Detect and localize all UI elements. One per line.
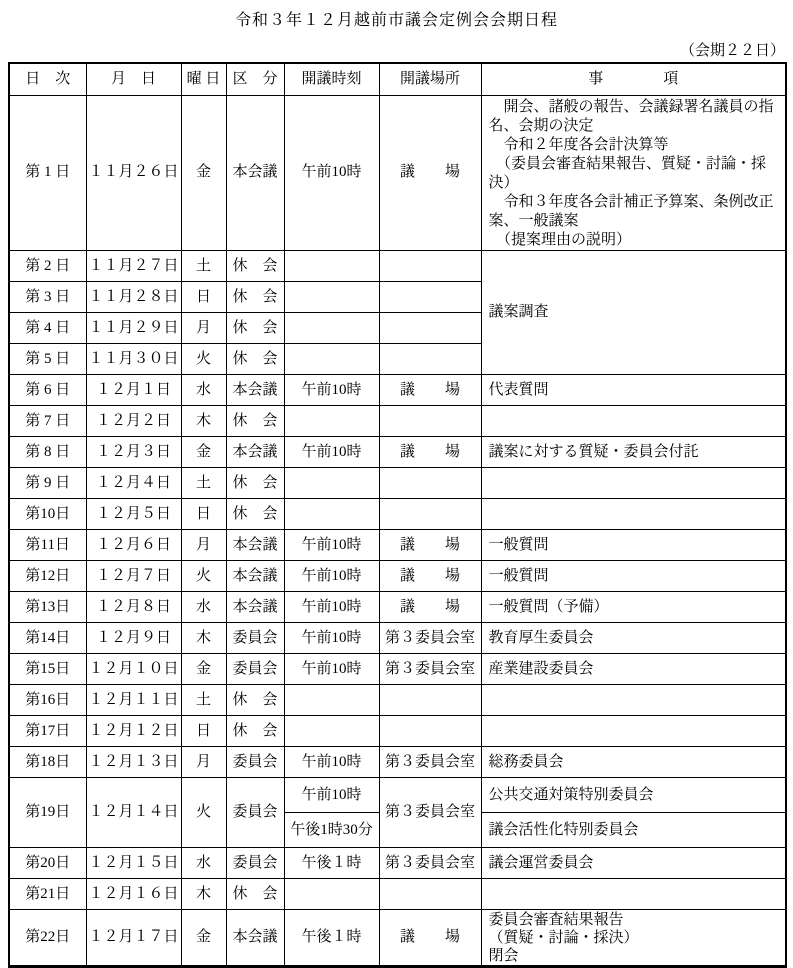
schedule-table: 日 次 月 日 曜 日 区 分 開議時刻 開議場所 事 項 第 1 日 １１月２… [8, 62, 787, 968]
col-header-matter: 事 項 [481, 63, 786, 95]
header-row: 日 次 月 日 曜 日 区 分 開議時刻 開議場所 事 項 [9, 63, 786, 95]
cell-category: 本会議 [226, 592, 284, 623]
cell-time: 午後１時 [284, 910, 379, 967]
cell-matter: 代表質問 [481, 375, 786, 406]
cell-weekday: 木 [181, 623, 226, 654]
cell-place: 第３委員会室 [379, 747, 481, 778]
cell-place [379, 499, 481, 530]
cell-day: 第 3 日 [9, 282, 86, 313]
cell-time: 午前10時 [284, 530, 379, 561]
cell-time [284, 344, 379, 375]
cell-matter: 総務委員会 [481, 747, 786, 778]
table-row: 第13日 １２月８日 水 本会議 午前10時 議 場 一般質問（予備） [9, 592, 786, 623]
cell-matter: 一般質問 [481, 561, 786, 592]
table-row: 第10日 １２月５日 日 休 会 [9, 499, 786, 530]
cell-day: 第 1 日 [9, 95, 86, 251]
cell-place [379, 716, 481, 747]
cell-category: 本会議 [226, 437, 284, 468]
cell-matter-2: 議会活性化特別委員会 [481, 813, 786, 848]
cell-place: 議 場 [379, 375, 481, 406]
cell-weekday: 月 [181, 530, 226, 561]
cell-weekday: 火 [181, 778, 226, 848]
cell-day: 第21日 [9, 879, 86, 910]
cell-day: 第 9 日 [9, 468, 86, 499]
cell-category: 本会議 [226, 375, 284, 406]
cell-time: 午前10時 [284, 437, 379, 468]
table-row: 第 1 日 １１月２６日 金 本会議 午前10時 議 場 開会、諸般の報告、会議… [9, 95, 786, 251]
cell-weekday: 金 [181, 910, 226, 967]
table-row: 第16日 １２月１１日 土 休 会 [9, 685, 786, 716]
cell-date: １２月９日 [86, 623, 181, 654]
cell-category: 休 会 [226, 313, 284, 344]
cell-matter: 開会、諸般の報告、会議録署名議員の指 名、会期の決定 令和２年度各会計決算等 （… [481, 95, 786, 251]
cell-category: 委員会 [226, 778, 284, 848]
cell-day: 第 4 日 [9, 313, 86, 344]
cell-weekday: 木 [181, 879, 226, 910]
cell-place: 議 場 [379, 95, 481, 251]
table-row: 第 2 日 １１月２７日 土 休 会 議案調査 [9, 251, 786, 282]
cell-matter: 教育厚生委員会 [481, 623, 786, 654]
col-header-day: 日 次 [9, 63, 86, 95]
cell-day: 第19日 [9, 778, 86, 848]
cell-matter [481, 406, 786, 437]
table-row: 第 6 日 １２月１日 水 本会議 午前10時 議 場 代表質問 [9, 375, 786, 406]
cell-category: 本会議 [226, 910, 284, 967]
cell-time: 午前10時 [284, 95, 379, 251]
col-header-weekday: 曜 日 [181, 63, 226, 95]
cell-weekday: 土 [181, 685, 226, 716]
cell-time [284, 468, 379, 499]
cell-place [379, 406, 481, 437]
cell-day: 第13日 [9, 592, 86, 623]
cell-day: 第 8 日 [9, 437, 86, 468]
cell-day: 第 5 日 [9, 344, 86, 375]
cell-matter: 公共交通対策特別委員会 [481, 778, 786, 813]
cell-weekday: 日 [181, 499, 226, 530]
cell-date: １２月６日 [86, 530, 181, 561]
cell-time: 午前10時 [284, 623, 379, 654]
cell-category: 委員会 [226, 747, 284, 778]
cell-date: １１月２６日 [86, 95, 181, 251]
cell-weekday: 土 [181, 251, 226, 282]
cell-date: １２月１５日 [86, 848, 181, 879]
cell-time [284, 499, 379, 530]
col-header-date: 月 日 [86, 63, 181, 95]
cell-place [379, 313, 481, 344]
cell-day: 第18日 [9, 747, 86, 778]
table-row: 第22日 １２月１７日 金 本会議 午後１時 議 場 委員会審査結果報告 （質疑… [9, 910, 786, 967]
cell-date: １２月１日 [86, 375, 181, 406]
cell-weekday: 水 [181, 848, 226, 879]
cell-place: 議 場 [379, 910, 481, 967]
table-row: 第14日 １２月９日 木 委員会 午前10時 第３委員会室 教育厚生委員会 [9, 623, 786, 654]
cell-time [284, 685, 379, 716]
cell-date: １２月１２日 [86, 716, 181, 747]
table-row: 第19日 １２月１４日 火 委員会 午前10時 第３委員会室 公共交通対策特別委… [9, 778, 786, 813]
cell-time [284, 716, 379, 747]
cell-weekday: 金 [181, 654, 226, 685]
cell-date: １２月１１日 [86, 685, 181, 716]
cell-weekday: 月 [181, 313, 226, 344]
cell-day: 第17日 [9, 716, 86, 747]
cell-weekday: 月 [181, 747, 226, 778]
cell-matter: 産業建設委員会 [481, 654, 786, 685]
cell-day: 第22日 [9, 910, 86, 967]
cell-weekday: 日 [181, 716, 226, 747]
cell-weekday: 水 [181, 375, 226, 406]
cell-date: １２月２日 [86, 406, 181, 437]
cell-date: １１月２９日 [86, 313, 181, 344]
cell-category: 休 会 [226, 344, 284, 375]
cell-matter-merged: 議案調査 [481, 251, 786, 375]
cell-time [284, 406, 379, 437]
cell-category: 委員会 [226, 848, 284, 879]
cell-category: 本会議 [226, 530, 284, 561]
session-length-note: （会期２２日） [0, 39, 785, 60]
cell-matter: 議案に対する質疑・委員会付託 [481, 437, 786, 468]
cell-time: 午前10時 [284, 654, 379, 685]
cell-day: 第11日 [9, 530, 86, 561]
cell-category: 休 会 [226, 716, 284, 747]
cell-category: 休 会 [226, 499, 284, 530]
cell-weekday: 日 [181, 282, 226, 313]
cell-place [379, 468, 481, 499]
table-row: 第11日 １２月６日 月 本会議 午前10時 議 場 一般質問 [9, 530, 786, 561]
cell-matter [481, 685, 786, 716]
cell-matter [481, 879, 786, 910]
cell-time: 午前10時 [284, 375, 379, 406]
cell-date: １２月１３日 [86, 747, 181, 778]
cell-matter: 議会運営委員会 [481, 848, 786, 879]
cell-place [379, 344, 481, 375]
cell-category: 休 会 [226, 282, 284, 313]
cell-day: 第20日 [9, 848, 86, 879]
cell-category: 委員会 [226, 623, 284, 654]
table-row: 第17日 １２月１２日 日 休 会 [9, 716, 786, 747]
cell-place: 議 場 [379, 437, 481, 468]
cell-date: １２月１７日 [86, 910, 181, 967]
cell-matter [481, 468, 786, 499]
cell-place: 議 場 [379, 561, 481, 592]
cell-place: 第３委員会室 [379, 623, 481, 654]
cell-date: １２月１６日 [86, 879, 181, 910]
cell-date: １１月２８日 [86, 282, 181, 313]
cell-place [379, 879, 481, 910]
table-row: 第21日 １２月１６日 木 休 会 [9, 879, 786, 910]
cell-place: 議 場 [379, 592, 481, 623]
cell-time-2: 午後1時30分 [284, 813, 379, 848]
cell-weekday: 水 [181, 592, 226, 623]
cell-date: １２月７日 [86, 561, 181, 592]
table-row: 第18日 １２月１３日 月 委員会 午前10時 第３委員会室 総務委員会 [9, 747, 786, 778]
cell-place: 第３委員会室 [379, 654, 481, 685]
cell-place-merged: 第３委員会室 [379, 778, 481, 848]
cell-day: 第 7 日 [9, 406, 86, 437]
cell-category: 本会議 [226, 561, 284, 592]
cell-time [284, 282, 379, 313]
cell-category: 休 会 [226, 406, 284, 437]
cell-time [284, 313, 379, 344]
col-header-time: 開議時刻 [284, 63, 379, 95]
cell-category: 休 会 [226, 251, 284, 282]
cell-weekday: 金 [181, 437, 226, 468]
cell-weekday: 金 [181, 95, 226, 251]
table-row: 第 9 日 １２月４日 土 休 会 [9, 468, 786, 499]
cell-place: 第３委員会室 [379, 848, 481, 879]
table-row: 第15日 １２月１０日 金 委員会 午前10時 第３委員会室 産業建設委員会 [9, 654, 786, 685]
cell-day: 第15日 [9, 654, 86, 685]
cell-time: 午前10時 [284, 561, 379, 592]
cell-category: 本会議 [226, 95, 284, 251]
cell-weekday: 木 [181, 406, 226, 437]
cell-weekday: 土 [181, 468, 226, 499]
cell-matter [481, 716, 786, 747]
cell-day: 第10日 [9, 499, 86, 530]
cell-date: １２月８日 [86, 592, 181, 623]
cell-day: 第 2 日 [9, 251, 86, 282]
cell-category: 休 会 [226, 879, 284, 910]
table-row: 第12日 １２月７日 火 本会議 午前10時 議 場 一般質問 [9, 561, 786, 592]
cell-place [379, 685, 481, 716]
cell-category: 休 会 [226, 685, 284, 716]
page-title: 令和３年１２月越前市議会定例会会期日程 [0, 0, 793, 30]
col-header-category: 区 分 [226, 63, 284, 95]
cell-day: 第12日 [9, 561, 86, 592]
cell-time [284, 879, 379, 910]
cell-matter: 一般質問 [481, 530, 786, 561]
cell-date: １１月２７日 [86, 251, 181, 282]
cell-date: １２月１４日 [86, 778, 181, 848]
cell-date: １２月４日 [86, 468, 181, 499]
cell-place [379, 282, 481, 313]
cell-matter: 委員会審査結果報告 （質疑・討論・採決） 閉会 [481, 910, 786, 967]
cell-weekday: 火 [181, 561, 226, 592]
table-row: 第 8 日 １２月３日 金 本会議 午前10時 議 場 議案に対する質疑・委員会… [9, 437, 786, 468]
cell-day: 第16日 [9, 685, 86, 716]
cell-time: 午前10時 [284, 747, 379, 778]
cell-time: 午前10時 [284, 592, 379, 623]
cell-day: 第14日 [9, 623, 86, 654]
cell-matter [481, 499, 786, 530]
cell-weekday: 火 [181, 344, 226, 375]
cell-matter: 一般質問（予備） [481, 592, 786, 623]
cell-category: 委員会 [226, 654, 284, 685]
cell-date: １２月３日 [86, 437, 181, 468]
cell-time [284, 251, 379, 282]
col-header-place: 開議場所 [379, 63, 481, 95]
cell-place [379, 251, 481, 282]
cell-date: １２月１０日 [86, 654, 181, 685]
cell-place: 議 場 [379, 530, 481, 561]
cell-category: 休 会 [226, 468, 284, 499]
cell-day: 第 6 日 [9, 375, 86, 406]
cell-date: １２月５日 [86, 499, 181, 530]
cell-date: １１月３０日 [86, 344, 181, 375]
cell-time: 午後１時 [284, 848, 379, 879]
table-row: 第20日 １２月１５日 水 委員会 午後１時 第３委員会室 議会運営委員会 [9, 848, 786, 879]
table-row: 第 7 日 １２月２日 木 休 会 [9, 406, 786, 437]
cell-time: 午前10時 [284, 778, 379, 813]
